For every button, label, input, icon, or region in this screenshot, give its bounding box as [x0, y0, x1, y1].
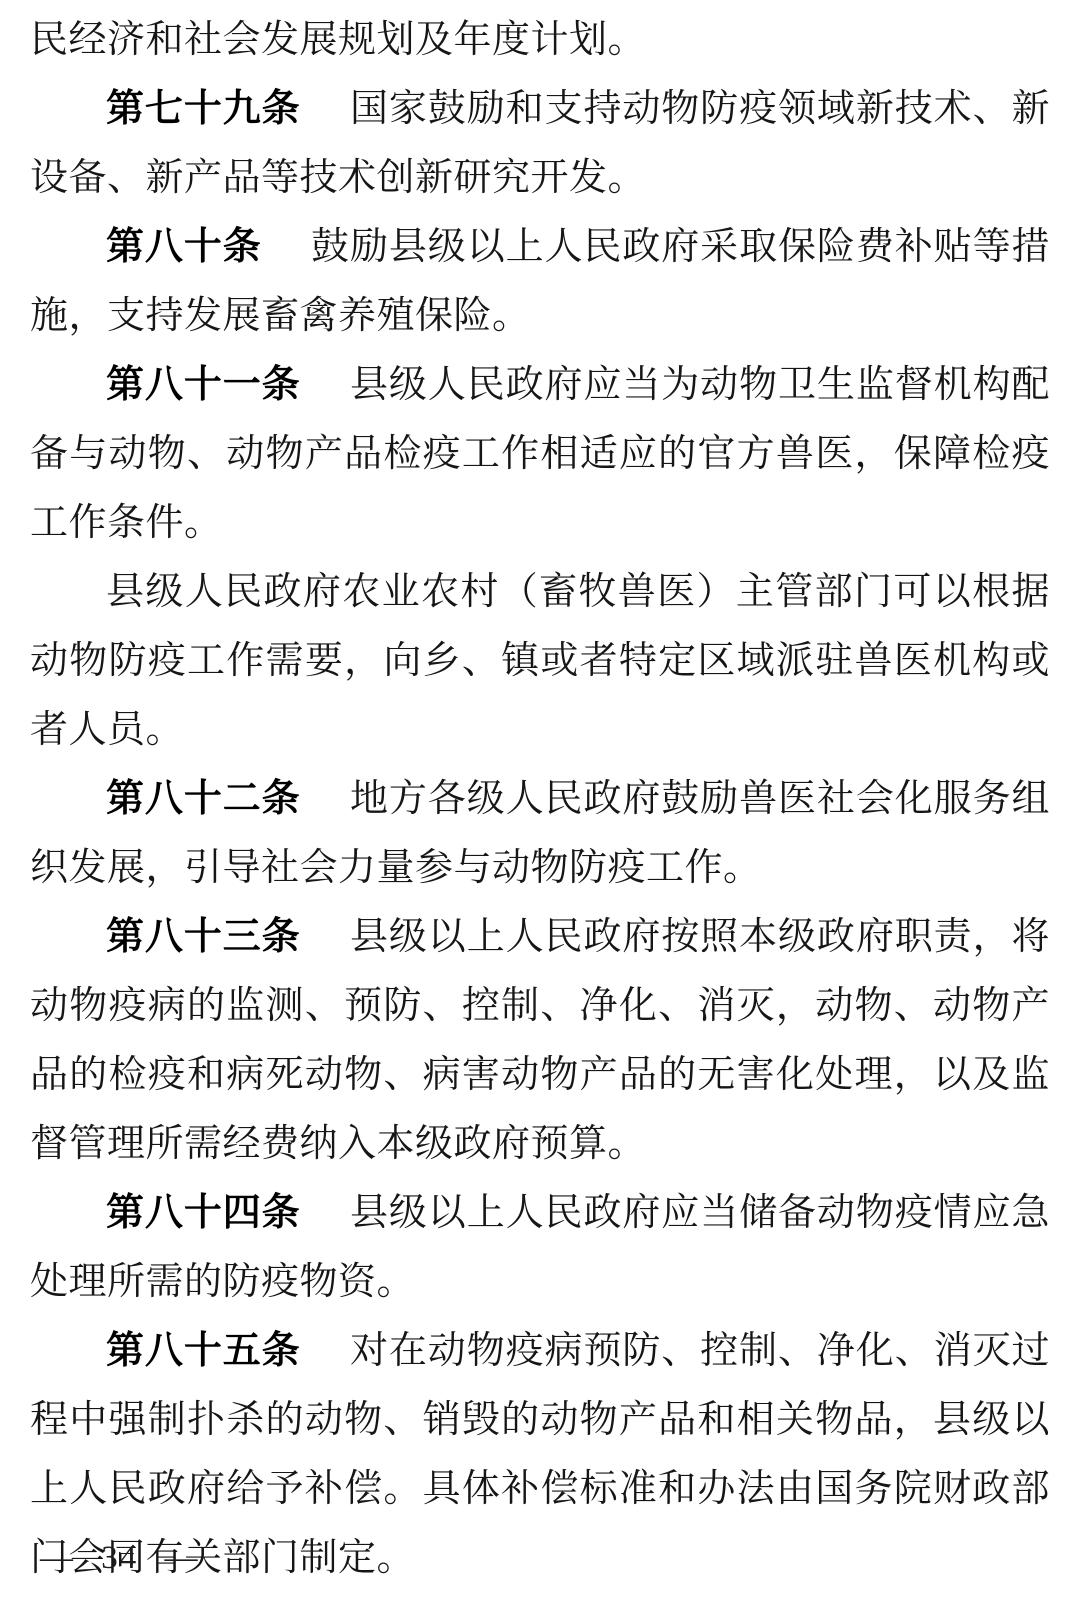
- paragraph-article-79: 第七十九条国家鼓励和支持动物防疫领域新技术、新设备、新产品等技术创新研究开发。: [30, 75, 1050, 213]
- paragraph-text: 县级人民政府农业农村（畜牧兽医）主管部门可以根据动物防疫工作需要，向乡、镇或者特…: [30, 571, 1050, 751]
- paragraph-article-81: 第八十一条县级人民政府应当为动物卫生监督机构配备与动物、动物产品检疫工作相适应的…: [30, 351, 1050, 558]
- article-number: 第八十一条: [106, 364, 301, 406]
- paragraph-article-83: 第八十三条县级以上人民政府按照本级政府职责，将动物疫病的监测、预防、控制、净化、…: [30, 903, 1050, 1179]
- paragraph-article-84: 第八十四条县级以上人民政府应当储备动物疫情应急处理所需的防疫物资。: [30, 1179, 1050, 1317]
- paragraph-continuation: 民经济和社会发展规划及年度计划。: [30, 6, 1050, 75]
- article-number: 第八十三条: [106, 916, 301, 958]
- article-number: 第八十条: [106, 226, 262, 268]
- article-number: 第八十四条: [106, 1192, 301, 1234]
- page-footer: — 34 —: [40, 1540, 200, 1577]
- document-body: 民经济和社会发展规划及年度计划。 第七十九条国家鼓励和支持动物防疫领域新技术、新…: [30, 6, 1050, 1593]
- article-number: 第八十五条: [106, 1330, 301, 1372]
- paragraph-article-80: 第八十条鼓励县级以上人民政府采取保险费补贴等措施，支持发展畜禽养殖保险。: [30, 213, 1050, 351]
- page-number: — 34 —: [40, 1540, 200, 1576]
- document-page: 民经济和社会发展规划及年度计划。 第七十九条国家鼓励和支持动物防疫领域新技术、新…: [0, 0, 1080, 1597]
- article-number: 第七十九条: [106, 88, 301, 130]
- paragraph-text: 民经济和社会发展规划及年度计划。: [30, 19, 646, 61]
- paragraph-article-81-clause-2: 县级人民政府农业农村（畜牧兽医）主管部门可以根据动物防疫工作需要，向乡、镇或者特…: [30, 558, 1050, 765]
- paragraph-article-82: 第八十二条地方各级人民政府鼓励兽医社会化服务组织发展，引导社会力量参与动物防疫工…: [30, 765, 1050, 903]
- article-number: 第八十二条: [106, 778, 301, 820]
